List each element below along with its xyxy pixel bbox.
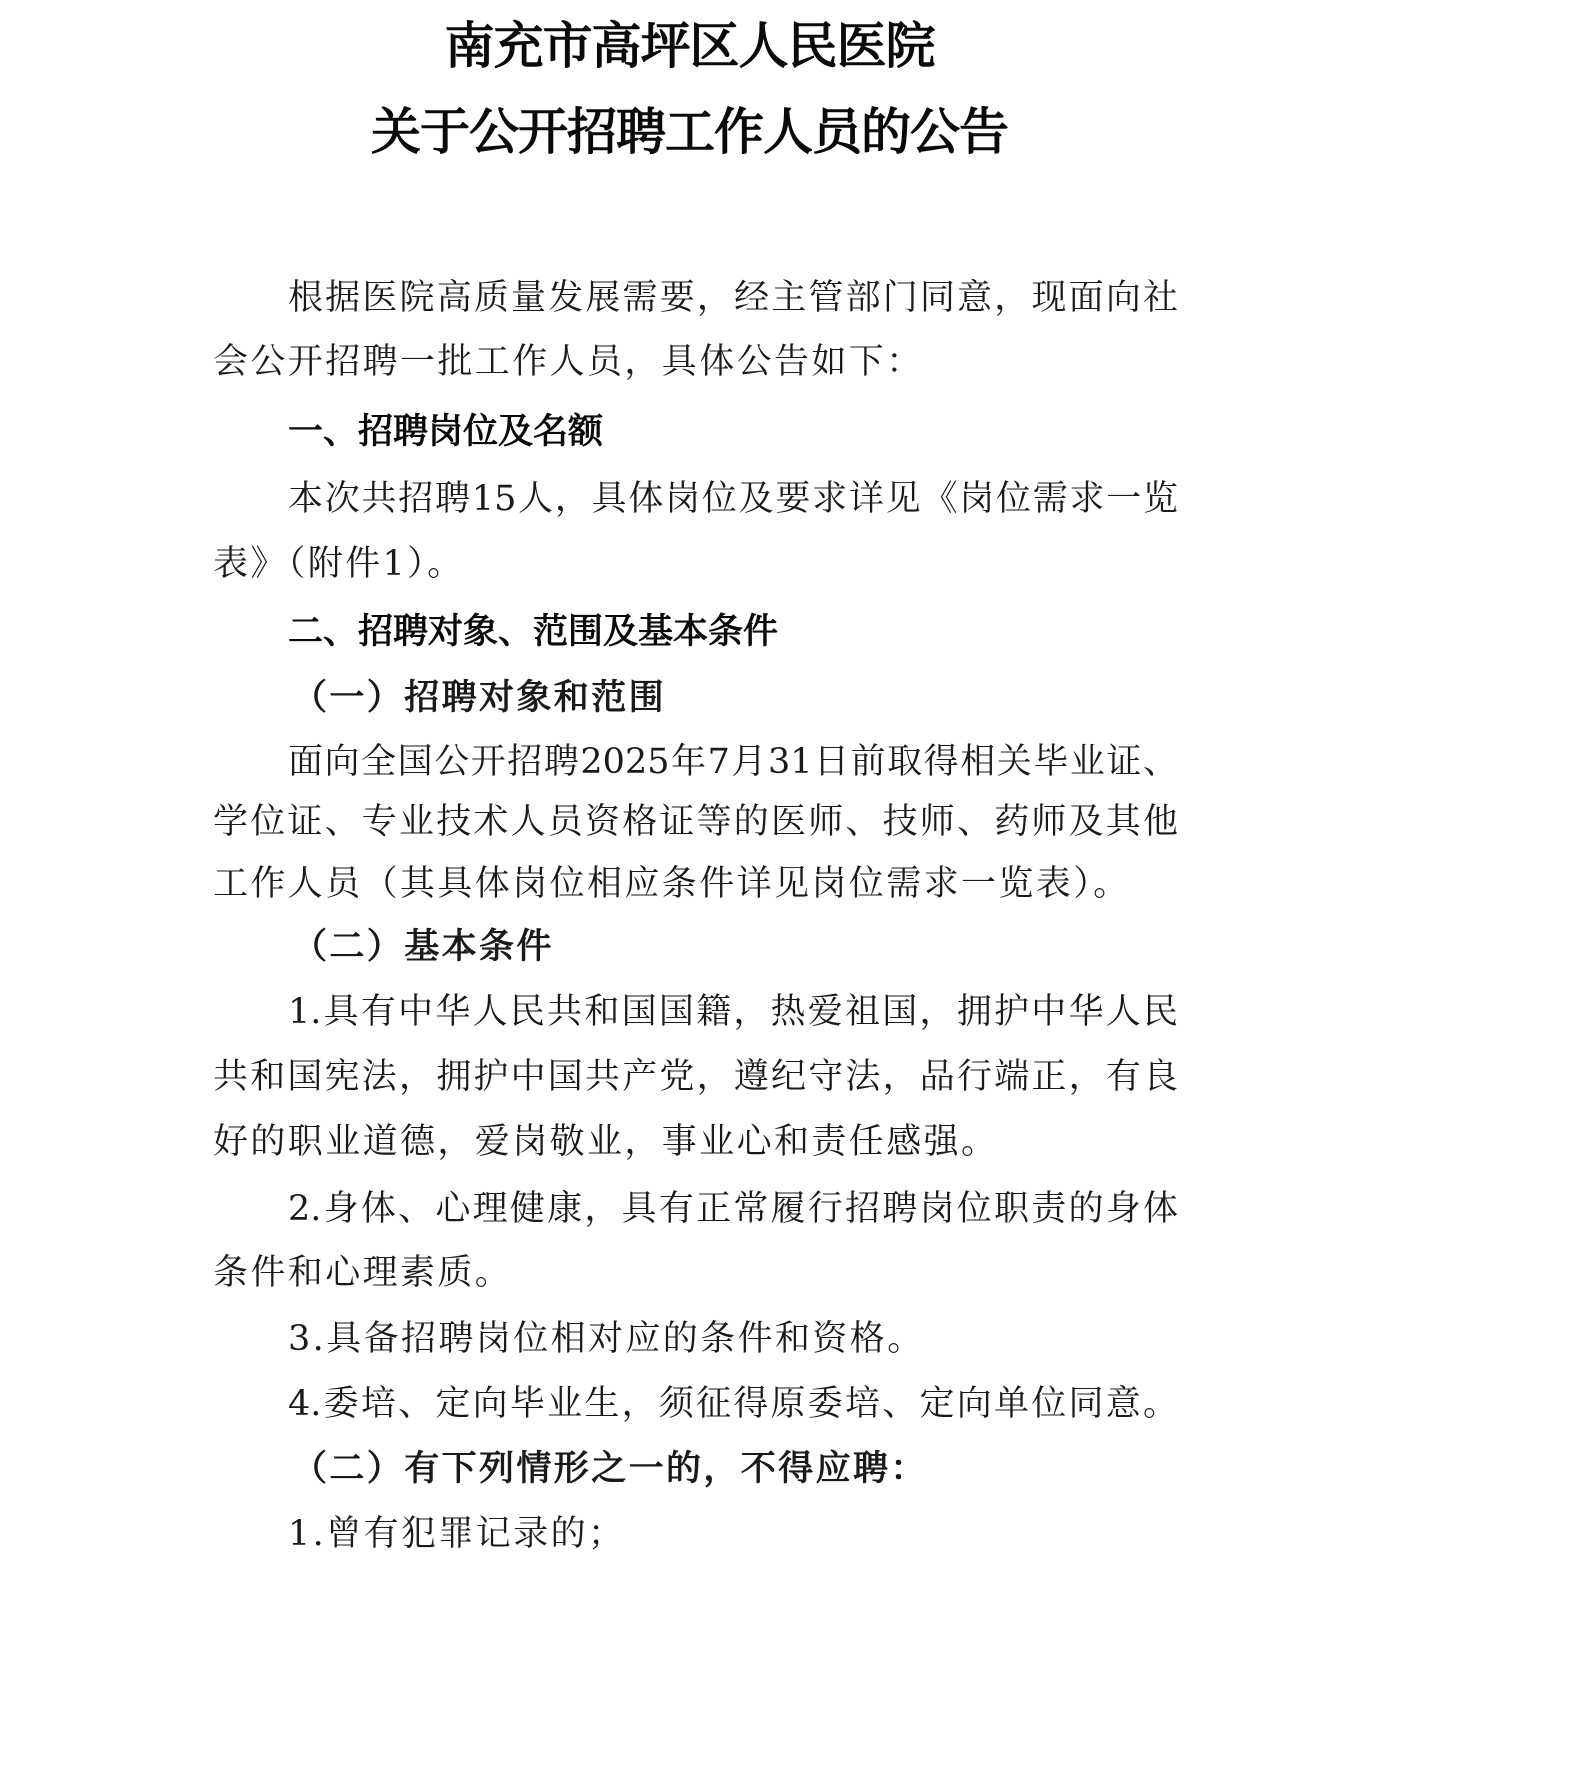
section-2-sub-3-heading: （二）有下列情形之一的，不得应聘：	[292, 1447, 1267, 1491]
condition-1-line-2: 共和国宪法，拥护中国共产党，遵纪守法，品行端正，有良	[213, 1055, 1178, 1099]
condition-3-line-1: 3.具备招聘岗位相对应的条件和资格。	[288, 1317, 1263, 1361]
sub-1-line-1: 面向全国公开招聘2025年7月31日前取得相关毕业证、	[288, 740, 1178, 784]
intro-line-2: 会公开招聘一批工作人员，具体公告如下：	[213, 340, 1188, 384]
condition-2-line-2: 条件和心理素质。	[213, 1251, 1188, 1295]
condition-4-line-1: 4.委培、定向毕业生，须征得原委培、定向单位同意。	[288, 1382, 1178, 1426]
condition-1-line-1: 1.具有中华人民共和国国籍，热爱祖国，拥护中华人民	[288, 990, 1178, 1034]
section-2-sub-1-heading: （一）招聘对象和范围	[292, 676, 1267, 720]
document-title-line-2: 关于公开招聘工作人员的公告	[0, 102, 1483, 162]
sub-1-line-2: 学位证、专业技术人员资格证等的医师、技师、药师及其他	[213, 800, 1178, 844]
section-2-heading: 二、招聘对象、范围及基本条件	[288, 610, 778, 654]
condition-2-line-1: 2.身体、心理健康，具有正常履行招聘岗位职责的身体	[288, 1187, 1178, 1231]
disqualification-1-line-1: 1.曾有犯罪记录的；	[288, 1512, 1263, 1556]
section-1-body-line-2: 表》（附件1）。	[213, 542, 1188, 586]
section-1-heading: 一、招聘岗位及名额	[288, 410, 603, 454]
intro-line-1: 根据医院高质量发展需要，经主管部门同意，现面向社	[288, 276, 1178, 320]
condition-1-line-3: 好的职业道德，爱岗敬业，事业心和责任感强。	[213, 1120, 1188, 1164]
document-title-line-1: 南充市高坪区人民医院	[0, 16, 1483, 76]
section-2-sub-2-heading: （二）基本条件	[292, 925, 1267, 969]
section-1-body-line-1: 本次共招聘15人，具体岗位及要求详见《岗位需求一览	[288, 477, 1178, 521]
sub-1-line-3: 工作人员（其具体岗位相应条件详见岗位需求一览表）。	[213, 862, 1188, 906]
